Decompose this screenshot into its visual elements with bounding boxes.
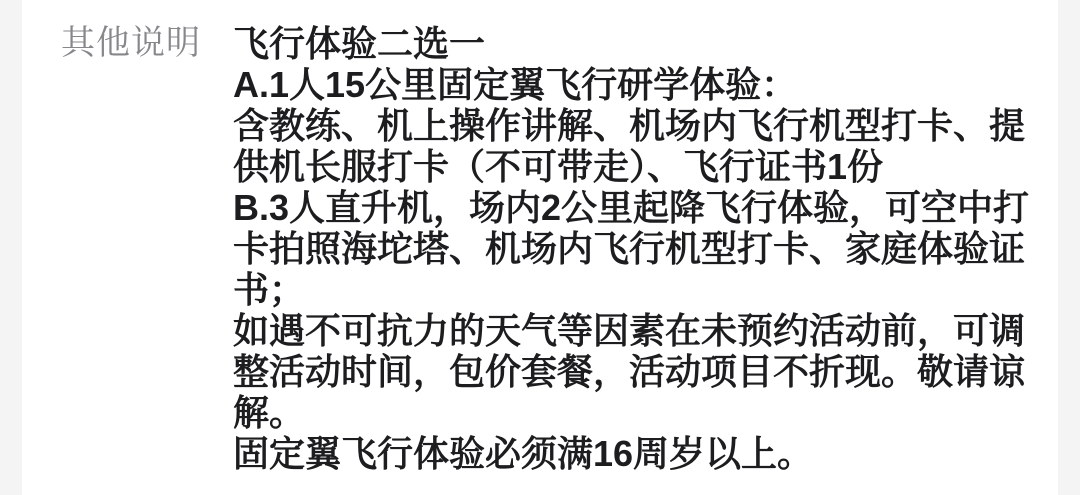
description-line-8: 如遇不可抗力的天气等因素在未预约活动前，可调 bbox=[233, 310, 1043, 351]
description-line-7: 书； bbox=[233, 269, 1043, 310]
description-line-10: 解。 bbox=[233, 392, 1043, 433]
description-line-2: A.1人15公里固定翼飞行研学体验： bbox=[233, 64, 1043, 105]
other-notes-row: 其他说明 飞行体验二选一 A.1人15公里固定翼飞行研学体验： 含教练、机上操作… bbox=[0, 0, 1080, 495]
description-line-11: 固定翼飞行体验必须满16周岁以上。 bbox=[233, 433, 1043, 474]
other-notes-label: 其他说明 bbox=[61, 23, 201, 64]
description-line-5: B.3人直升机，场内2公里起降飞行体验，可空中打 bbox=[233, 187, 1043, 228]
description-line-1: 飞行体验二选一 bbox=[233, 23, 1043, 64]
description-line-6: 卡拍照海坨塔、机场内飞行机型打卡、家庭体验证 bbox=[233, 228, 1043, 269]
description-line-9: 整活动时间，包价套餐，活动项目不折现。敬请谅 bbox=[233, 351, 1043, 392]
description-line-4: 供机长服打卡（不可带走）、飞行证书1份 bbox=[233, 146, 1043, 187]
product-notes-screen: 其他说明 飞行体验二选一 A.1人15公里固定翼飞行研学体验： 含教练、机上操作… bbox=[0, 0, 1080, 495]
other-notes-content: 飞行体验二选一 A.1人15公里固定翼飞行研学体验： 含教练、机上操作讲解、机场… bbox=[233, 23, 1043, 474]
description-line-3: 含教练、机上操作讲解、机场内飞行机型打卡、提 bbox=[233, 105, 1043, 146]
